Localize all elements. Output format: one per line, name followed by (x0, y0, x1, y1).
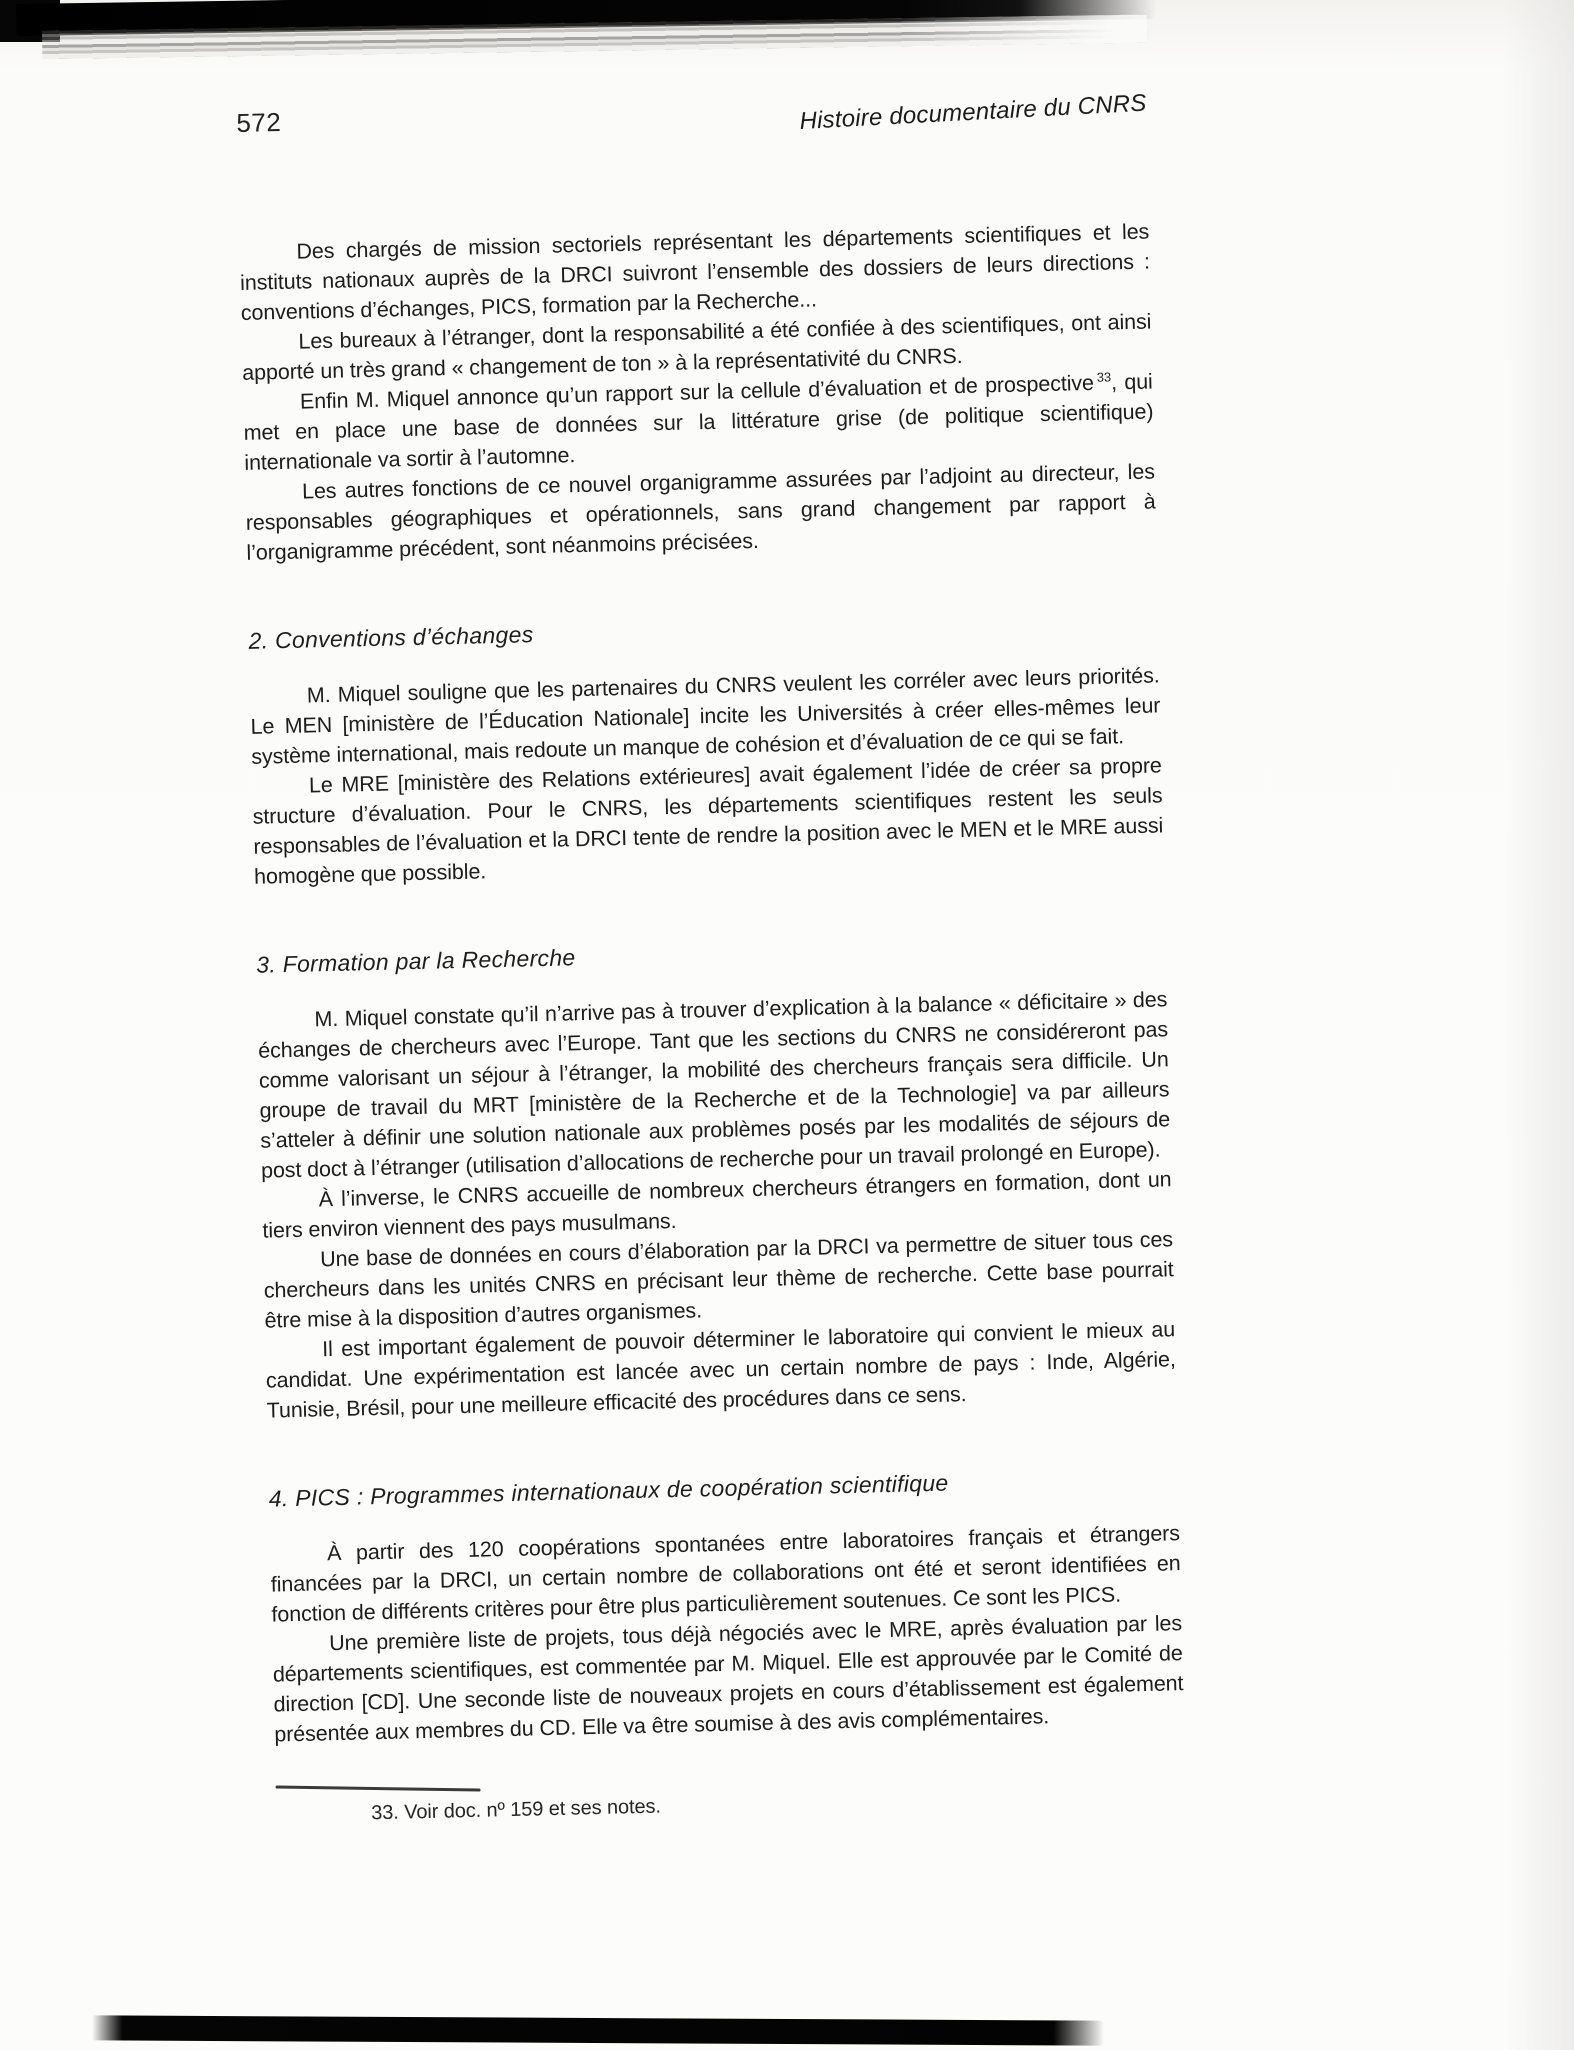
scanned-page: 572 Histoire documentaire du CNRS Des ch… (0, 0, 1574, 2050)
footnote-marker: 33. (371, 1802, 399, 1825)
book-pages-edge-bottom (92, 2015, 1104, 2045)
page-number: 572 (236, 107, 282, 139)
page-right-shadow (1504, 0, 1574, 2050)
section-3-paragraph-1: M. Miquel constate qu’il n’arrive pas à … (257, 984, 1171, 1185)
footnote-rule (276, 1786, 481, 1792)
footnote-reference-33: 33 (1097, 369, 1112, 384)
section-4-heading: 4. PICS : Programmes internationaux de c… (268, 1461, 1179, 1514)
section-4-paragraph-2: Une première liste de projets, tous déjà… (272, 1608, 1185, 1749)
section-2-heading: 2. Conventions d’échanges (248, 603, 1159, 656)
running-title: Histoire documentaire du CNRS (799, 90, 1147, 136)
section-3-heading: 3. Formation par la Recherche (256, 927, 1167, 980)
footnote-text: Voir doc. nº 159 et ses notes. (404, 1795, 661, 1823)
section-2-paragraph-2: Le MRE [ministère des Relations extérieu… (252, 750, 1165, 891)
footnote-area: 33. Voir doc. nº 159 et ses notes. (276, 1764, 1187, 1828)
page-content: 572 Histoire documentaire du CNRS Des ch… (236, 87, 1186, 1829)
page-header: 572 Histoire documentaire du CNRS (236, 87, 1146, 138)
body-text: Des chargés de mission sectoriels représ… (239, 217, 1186, 1829)
